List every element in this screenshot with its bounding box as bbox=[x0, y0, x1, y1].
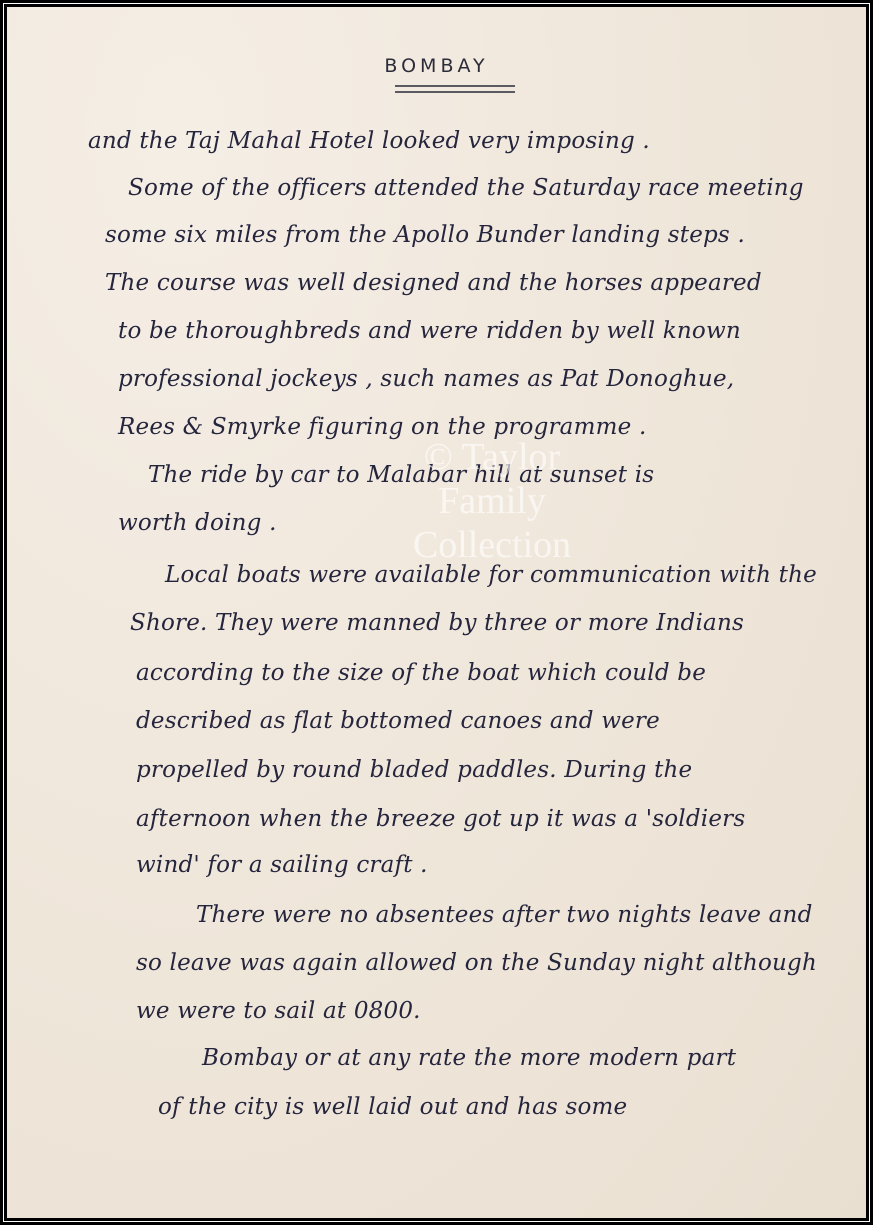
text-line: Shore. They were manned by three or more… bbox=[130, 610, 744, 636]
title-underline bbox=[395, 91, 515, 93]
page-title: BOMBAY bbox=[7, 55, 866, 77]
watermark-line: Collection bbox=[357, 523, 627, 567]
text-line: Bombay or at any rate the more modern pa… bbox=[202, 1045, 736, 1071]
text-line: described as flat bottomed canoes and we… bbox=[136, 708, 660, 734]
text-line: some six miles from the Apollo Bunder la… bbox=[105, 222, 745, 248]
text-line: and the Taj Mahal Hotel looked very impo… bbox=[88, 128, 650, 154]
text-line: There were no absentees after two nights… bbox=[196, 902, 813, 928]
text-line: Rees & Smyrke figuring on the programme … bbox=[118, 414, 646, 440]
title-underline bbox=[395, 85, 515, 87]
text-line: wind' for a sailing craft . bbox=[136, 852, 428, 878]
text-line: professional jockeys , such names as Pat… bbox=[118, 366, 734, 392]
text-line: Local boats were available for communica… bbox=[165, 562, 817, 588]
text-line: of the city is well laid out and has som… bbox=[158, 1094, 627, 1120]
copyright-watermark: © Taylor Family Collection bbox=[357, 435, 627, 567]
text-line: The course was well designed and the hor… bbox=[105, 270, 762, 296]
text-line: The ride by car to Malabar hill at sunse… bbox=[148, 462, 654, 488]
text-line: to be thoroughbreds and were ridden by w… bbox=[118, 318, 741, 344]
text-line: we were to sail at 0800. bbox=[136, 998, 421, 1024]
text-line: propelled by round bladed paddles. Durin… bbox=[136, 757, 692, 783]
text-line: so leave was again allowed on the Sunday… bbox=[136, 950, 817, 976]
text-line: according to the size of the boat which … bbox=[136, 660, 706, 686]
text-line: worth doing . bbox=[118, 510, 277, 536]
text-line: afternoon when the breeze got up it was … bbox=[136, 806, 745, 832]
handwritten-page: BOMBAY and the Taj Mahal Hotel looked ve… bbox=[7, 7, 866, 1218]
text-line: Some of the officers attended the Saturd… bbox=[128, 175, 804, 201]
